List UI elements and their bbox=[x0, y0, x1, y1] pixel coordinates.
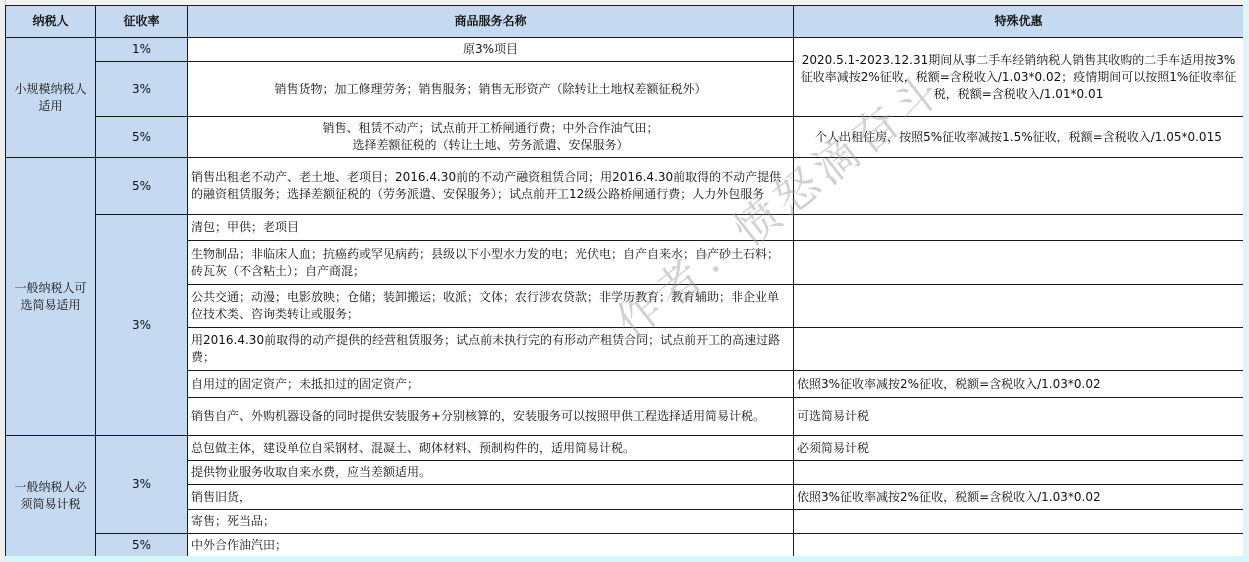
preference-cell[interactable] bbox=[794, 328, 1244, 371]
header-taxpayer[interactable]: 纳税人 bbox=[6, 6, 96, 38]
service-cell[interactable]: 生物制品；非临床人血；抗癌药或罕见病药；县级以下小型水力发的电；光伏电；自产自来… bbox=[188, 241, 794, 285]
table-row: 生物制品；非临床人血；抗癌药或罕见病药；县级以下小型水力发的电；光伏电；自产自来… bbox=[6, 241, 1244, 285]
preference-cell[interactable]: 个人出租住房，按照5%征收率减按1.5%征收，税额=含税收入/1.05*0.01… bbox=[794, 117, 1244, 158]
service-cell[interactable]: 自用过的固定资产；未抵扣过的固定资产； bbox=[188, 371, 794, 398]
preference-cell[interactable] bbox=[794, 158, 1244, 215]
service-cell[interactable]: 销售旧货， bbox=[188, 485, 794, 510]
preference-cell[interactable] bbox=[794, 510, 1244, 534]
tax-rate-table: 纳税人 征收率 商品服务名称 特殊优惠 小规模纳税人适用 1% 原3%项目 20… bbox=[5, 5, 1244, 557]
service-cell[interactable]: 中外合作油汽田； bbox=[188, 534, 794, 557]
preference-cell[interactable]: 必须简易计税 bbox=[794, 436, 1244, 461]
preference-cell[interactable] bbox=[794, 534, 1244, 557]
rate-cell[interactable]: 3% bbox=[96, 215, 188, 436]
preference-cell[interactable] bbox=[794, 461, 1244, 485]
table-row: 用2016.4.30前取得的动产提供的经营租赁服务；试点前未执行完的有形动产租赁… bbox=[6, 328, 1244, 371]
rate-cell[interactable]: 5% bbox=[96, 534, 188, 557]
header-rate[interactable]: 征收率 bbox=[96, 6, 188, 38]
service-cell[interactable]: 寄售；死当品； bbox=[188, 510, 794, 534]
service-cell[interactable]: 销售出租老不动产、老土地、老项目；2016.4.30前的不动产融资租赁合同；用2… bbox=[188, 158, 794, 215]
table-row: 一般纳税人必须简易计税 3% 总包做主体，建设单位自采钢材、混凝土、砌体材料、预… bbox=[6, 436, 1244, 461]
preference-cell[interactable] bbox=[794, 241, 1244, 285]
service-cell[interactable]: 销售、租赁不动产；试点前开工桥闸通行费；中外合作油气田； 选择差额征税的（转让土… bbox=[188, 117, 794, 158]
table-row: 3% 清包；甲供；老项目 bbox=[6, 215, 1244, 241]
service-cell[interactable]: 销售自产、外购机器设备的同时提供安装服务+分别核算的，安装服务可以按照甲供工程选… bbox=[188, 398, 794, 436]
rate-cell[interactable]: 1% bbox=[96, 38, 188, 62]
table-row: 公共交通；动漫；电影放映；仓储；装卸搬运；收派；文体；农行涉农贷款；非学历教育；… bbox=[6, 285, 1244, 328]
preference-cell[interactable] bbox=[794, 285, 1244, 328]
header-service[interactable]: 商品服务名称 bbox=[188, 6, 794, 38]
rate-cell[interactable]: 5% bbox=[96, 117, 188, 158]
rate-cell[interactable]: 3% bbox=[96, 436, 188, 534]
selected-row-strip[interactable] bbox=[5, 556, 1249, 562]
table-row: 5% 中外合作油汽田； bbox=[6, 534, 1244, 557]
service-cell[interactable]: 清包；甲供；老项目 bbox=[188, 215, 794, 241]
preference-cell[interactable]: 依照3%征收率减按2%征收，税额=含税收入/1.03*0.02 bbox=[794, 371, 1244, 398]
table-row: 自用过的固定资产；未抵扣过的固定资产； 依照3%征收率减按2%征收，税额=含税收… bbox=[6, 371, 1244, 398]
preference-cell[interactable]: 2020.5.1-2023.12.31期间从事二手车经销纳税人销售其收购的二手车… bbox=[794, 38, 1244, 117]
table-row: 销售旧货， 依照3%征收率减按2%征收，税额=含税收入/1.03*0.02 bbox=[6, 485, 1244, 510]
rate-cell[interactable]: 3% bbox=[96, 62, 188, 117]
service-cell[interactable]: 公共交通；动漫；电影放映；仓储；装卸搬运；收派；文体；农行涉农贷款；非学历教育；… bbox=[188, 285, 794, 328]
table-row: 提供物业服务收取自来水费，应当差额适用。 bbox=[6, 461, 1244, 485]
service-cell[interactable]: 用2016.4.30前取得的动产提供的经营租赁服务；试点前未执行完的有形动产租赁… bbox=[188, 328, 794, 371]
group-general-mandatory[interactable]: 一般纳税人必须简易计税 bbox=[6, 436, 96, 557]
rate-cell[interactable]: 5% bbox=[96, 158, 188, 215]
service-cell[interactable]: 原3%项目 bbox=[188, 38, 794, 62]
preference-cell[interactable] bbox=[794, 215, 1244, 241]
preference-cell[interactable]: 依照3%征收率减按2%征收，税额=含税收入/1.03*0.02 bbox=[794, 485, 1244, 510]
table-row: 销售自产、外购机器设备的同时提供安装服务+分别核算的，安装服务可以按照甲供工程选… bbox=[6, 398, 1244, 436]
table-row: 寄售；死当品； bbox=[6, 510, 1244, 534]
table-row: 小规模纳税人适用 1% 原3%项目 2020.5.1-2023.12.31期间从… bbox=[6, 38, 1244, 62]
preference-cell[interactable]: 可选简易计税 bbox=[794, 398, 1244, 436]
sheet-right-edge bbox=[1243, 0, 1249, 562]
service-cell[interactable]: 提供物业服务收取自来水费，应当差额适用。 bbox=[188, 461, 794, 485]
group-small-scale[interactable]: 小规模纳税人适用 bbox=[6, 38, 96, 158]
header-preference[interactable]: 特殊优惠 bbox=[794, 6, 1244, 38]
group-general-optional[interactable]: 一般纳税人可选简易适用 bbox=[6, 158, 96, 436]
table-row: 5% 销售、租赁不动产；试点前开工桥闸通行费；中外合作油气田； 选择差额征税的（… bbox=[6, 117, 1244, 158]
table-row: 一般纳税人可选简易适用 5% 销售出租老不动产、老土地、老项目；2016.4.3… bbox=[6, 158, 1244, 215]
service-cell[interactable]: 总包做主体，建设单位自采钢材、混凝土、砌体材料、预制构件的，适用简易计税。 bbox=[188, 436, 794, 461]
header-row: 纳税人 征收率 商品服务名称 特殊优惠 bbox=[6, 6, 1244, 38]
service-cell[interactable]: 销售货物；加工修理劳务；销售服务；销售无形资产（除转让土地权差额征税外） bbox=[188, 62, 794, 117]
